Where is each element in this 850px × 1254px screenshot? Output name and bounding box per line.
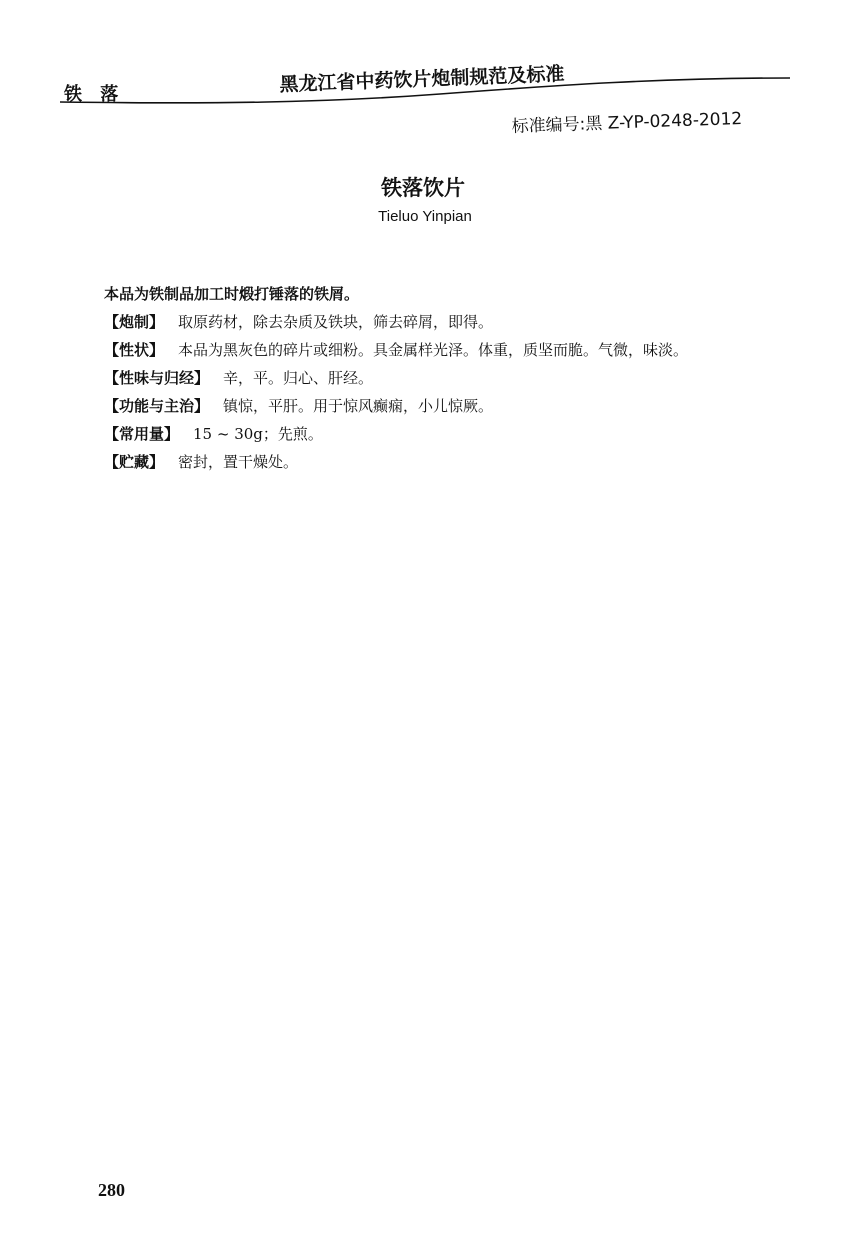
intro-paragraph: 本品为铁制品加工时煅打锤落的铁屑。 xyxy=(64,280,794,308)
section-nature-meridian: 【性味与归经】辛，平。归心、肝经。 xyxy=(64,364,794,392)
section-storage: 【贮藏】密封，置干燥处。 xyxy=(64,448,794,476)
monograph-body: 本品为铁制品加工时煅打锤落的铁屑。 【炮制】取原药材，除去杂质及铁块，筛去碎屑，… xyxy=(64,280,794,476)
page-number: 280 xyxy=(98,1180,125,1201)
section-function-indication: 【功能与主治】镇惊，平肝。用于惊风癫痫，小儿惊厥。 xyxy=(64,392,794,420)
section-description: 【性状】本品为黑灰色的碎片或细粉。具金属样光泽。体重，质坚而脆。气微，味淡。 xyxy=(64,336,794,364)
page-title: 铁落饮片 xyxy=(0,172,850,202)
header-rule xyxy=(60,70,790,110)
page-subtitle-pinyin: Tieluo Yinpian xyxy=(0,208,850,225)
section-dosage: 【常用量】15 ~ 30g；先煎。 xyxy=(64,420,794,448)
section-processing: 【炮制】取原药材，除去杂质及铁块，筛去碎屑，即得。 xyxy=(64,308,794,336)
